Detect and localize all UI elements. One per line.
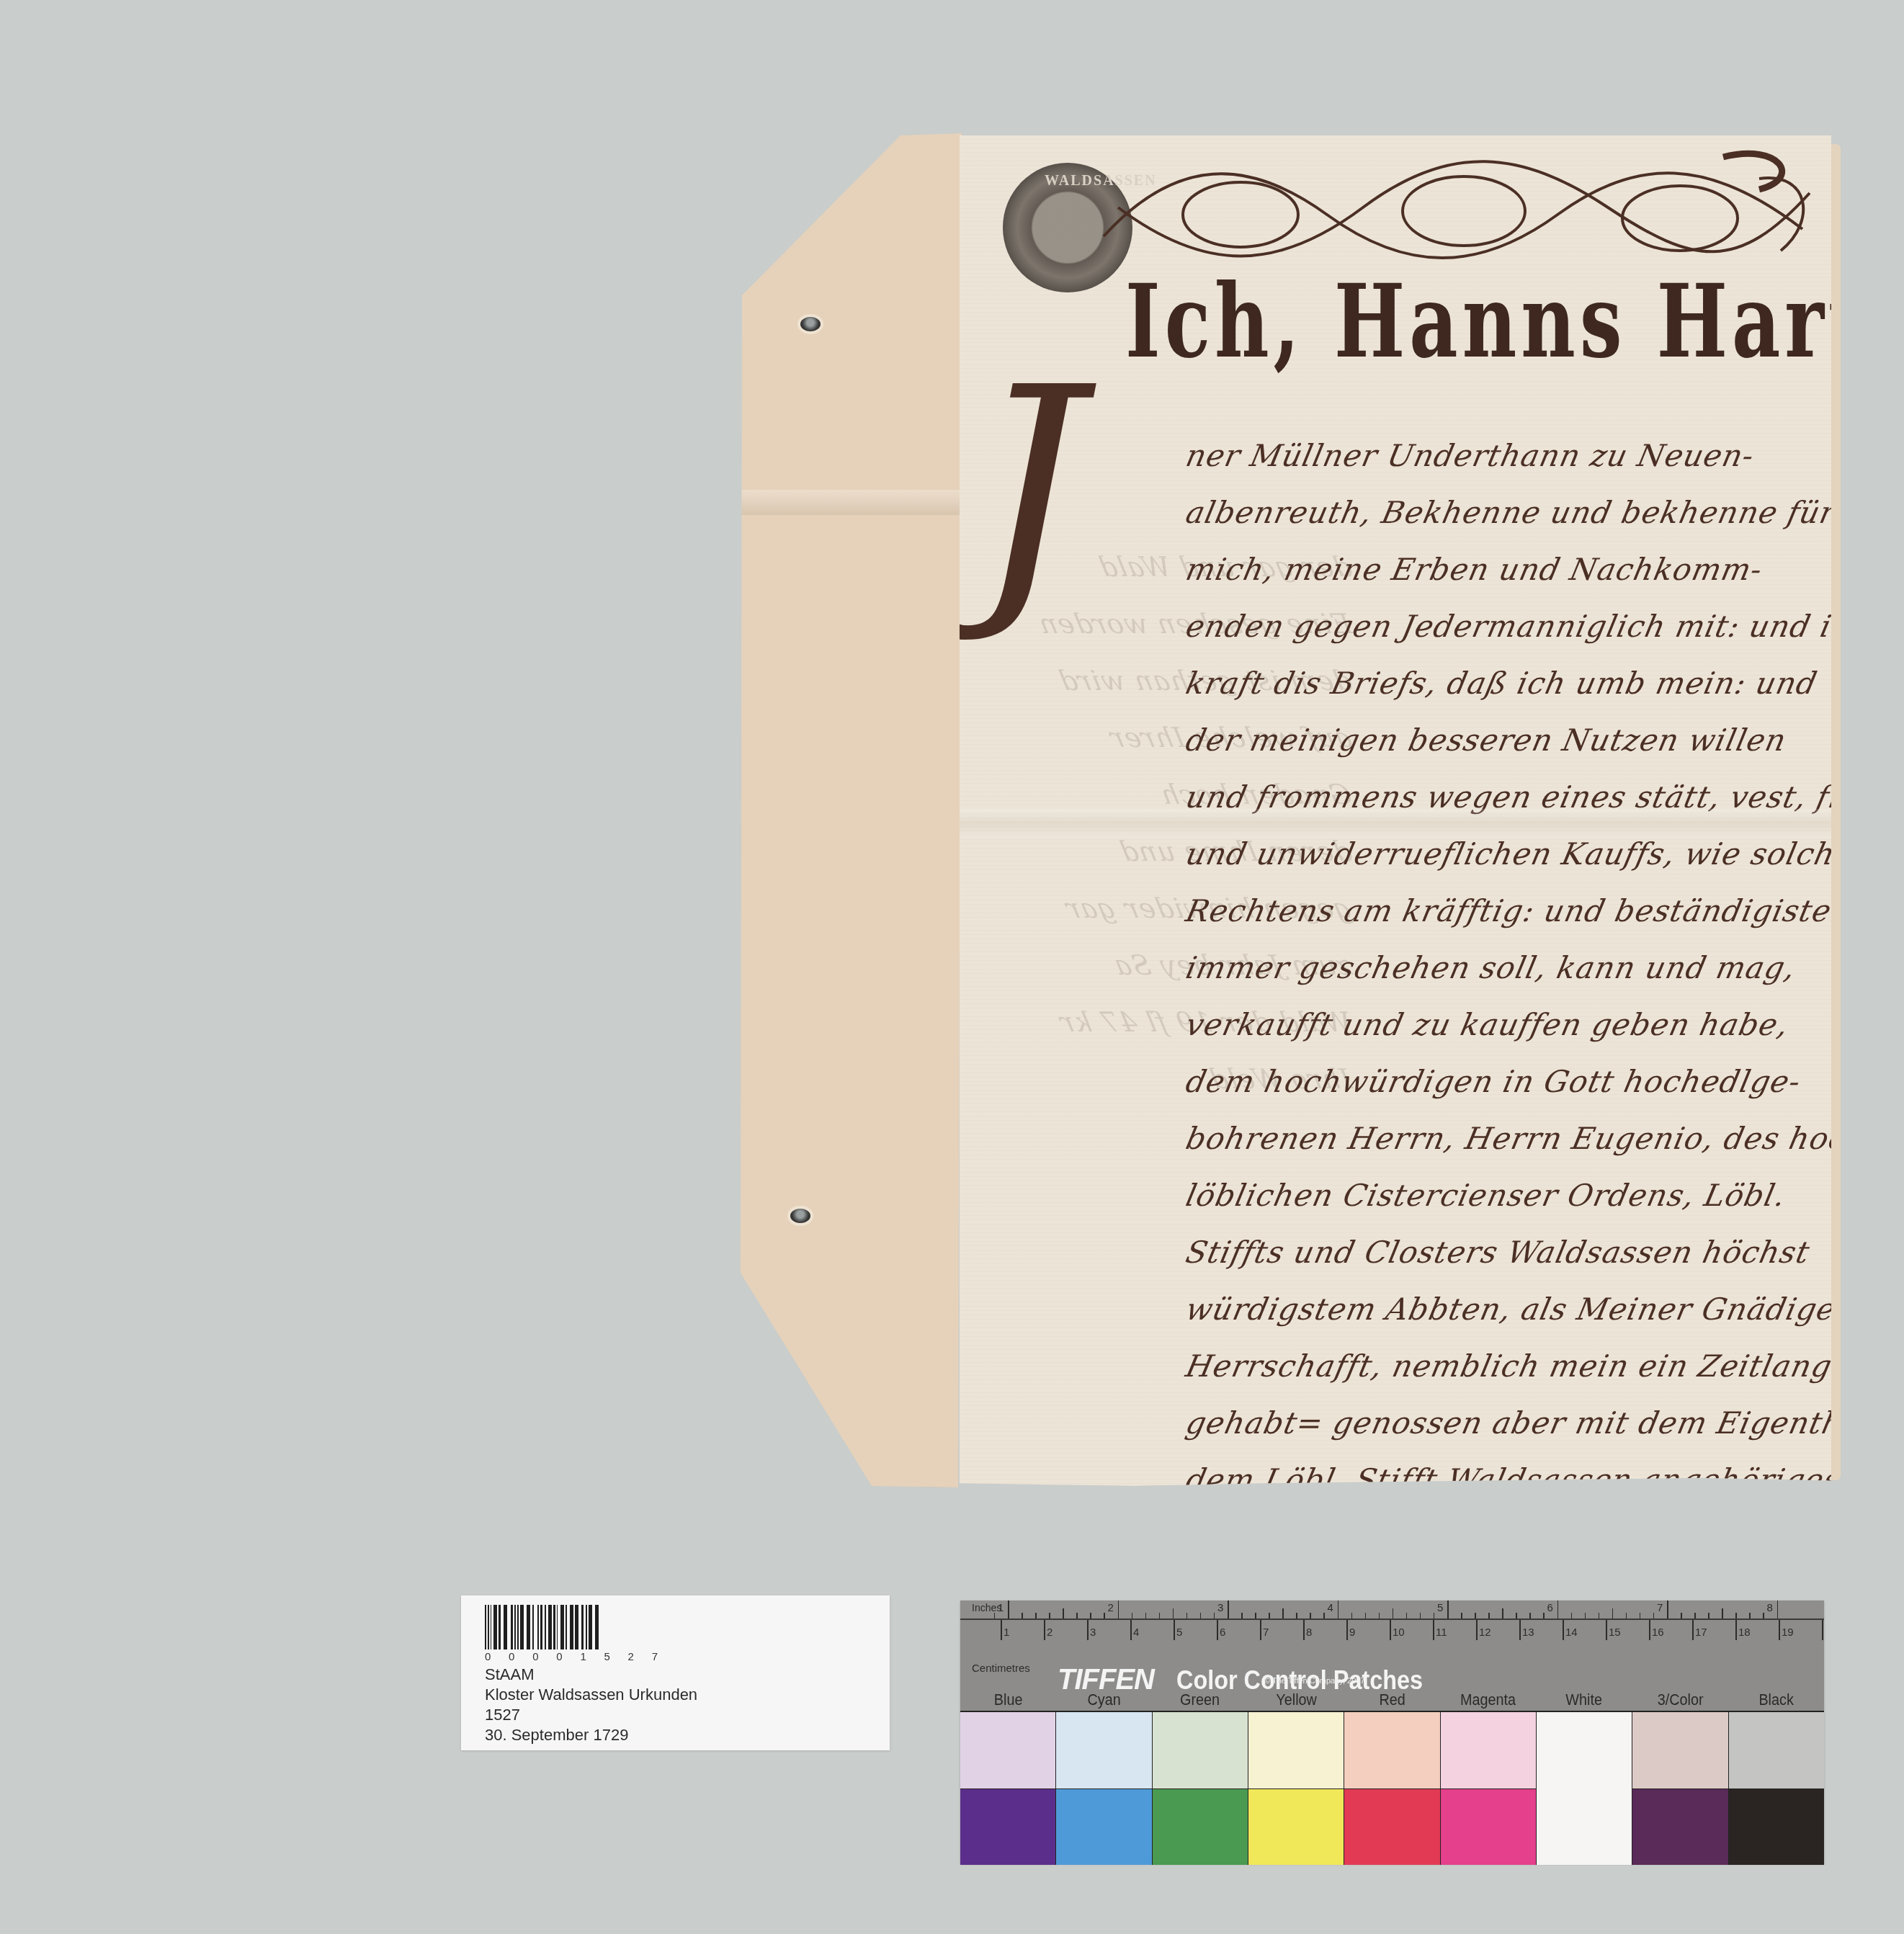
barcode-number: 00001527 xyxy=(485,1651,658,1663)
inch-tick xyxy=(1214,1613,1215,1619)
color-control-chart: Inches 123456781234567891011121314151617… xyxy=(960,1601,1824,1863)
document-number: 1527 xyxy=(485,1706,520,1724)
manuscript-line: Rechtens am kräfftig: und beständigisten xyxy=(1181,882,1831,939)
inch-tick xyxy=(1612,1608,1614,1619)
inch-tick xyxy=(994,1613,996,1619)
patch-light xyxy=(1537,1712,1632,1788)
barcode xyxy=(485,1605,658,1649)
cm-number: 17 xyxy=(1695,1626,1707,1639)
cm-tick xyxy=(1087,1620,1089,1640)
patch-column-black xyxy=(1728,1712,1824,1865)
cm-tick xyxy=(1649,1620,1650,1640)
cm-number: 18 xyxy=(1738,1626,1751,1639)
inch-tick xyxy=(1406,1613,1408,1619)
patch-dark xyxy=(1248,1789,1344,1866)
inch-tick xyxy=(1585,1613,1586,1619)
inch-tick xyxy=(1461,1613,1462,1619)
inch-tick xyxy=(1447,1601,1449,1619)
cm-number: 19 xyxy=(1782,1626,1794,1639)
archive-label: 00001527 StAAM Kloster Waldsassen Urkund… xyxy=(461,1595,890,1750)
patch-column-cyan xyxy=(1055,1712,1151,1865)
inch-number: 8 xyxy=(1767,1602,1773,1614)
cm-tick xyxy=(1519,1620,1521,1640)
patch-column-magenta xyxy=(1440,1712,1536,1865)
inch-tick xyxy=(1296,1613,1297,1619)
cm-tick xyxy=(1606,1620,1607,1640)
inch-tick xyxy=(1708,1613,1709,1619)
patch-label-green: Green xyxy=(1157,1691,1243,1711)
patch-light xyxy=(1729,1712,1824,1789)
cm-tick xyxy=(1433,1620,1434,1640)
cm-number: 12 xyxy=(1479,1626,1491,1639)
decorated-initial: J xyxy=(974,352,1083,625)
patch-column-red xyxy=(1344,1712,1439,1865)
cm-number: 5 xyxy=(1176,1626,1182,1639)
patch-label-3-color: 3/Color xyxy=(1637,1691,1723,1711)
inch-number: 7 xyxy=(1657,1602,1663,1614)
inch-tick xyxy=(1132,1613,1133,1619)
manuscript-line: verkaufft und zu kauffen geben habe, xyxy=(1181,996,1831,1053)
inch-tick xyxy=(1777,1601,1779,1619)
inch-tick xyxy=(1118,1601,1119,1619)
inch-tick xyxy=(1241,1613,1243,1619)
patch-column-green xyxy=(1152,1712,1248,1865)
cm-tick xyxy=(1044,1620,1045,1640)
cm-tick xyxy=(1476,1620,1478,1640)
cm-number: 2 xyxy=(1047,1626,1052,1639)
patch-label-blue: Blue xyxy=(965,1691,1052,1711)
patch-column-3-color xyxy=(1632,1712,1728,1865)
patch-label-magenta: Magenta xyxy=(1445,1691,1532,1711)
patch-light xyxy=(1632,1712,1728,1789)
barcode-gap xyxy=(599,1605,600,1649)
inch-number: 6 xyxy=(1547,1602,1553,1614)
manuscript-line: Stiffts und Closters Waldsassen höchst xyxy=(1181,1224,1831,1281)
inch-tick xyxy=(1049,1613,1050,1619)
inch-tick xyxy=(1571,1613,1573,1619)
manuscript-line: kraft dis Briefs, daß ich umb mein: und xyxy=(1181,655,1831,712)
manuscript-line: albenreuth, Bekhenne und bekhenne für xyxy=(1181,484,1831,541)
manuscript-line: mich, meine Erben und Nachkomm- xyxy=(1181,541,1831,598)
document-heading: Ich, Hanns Hartt xyxy=(1125,261,1831,381)
inch-number: 1 xyxy=(998,1602,1004,1614)
cm-tick xyxy=(1563,1620,1564,1640)
inch-tick xyxy=(1338,1601,1339,1619)
inch-tick xyxy=(1667,1601,1668,1619)
inch-tick xyxy=(1186,1613,1188,1619)
inch-tick xyxy=(1681,1613,1682,1619)
inch-tick xyxy=(1722,1608,1723,1619)
manuscript-line: und frommens wegen eines stätt, vest, fr… xyxy=(1181,769,1831,825)
cm-number: 15 xyxy=(1609,1626,1621,1639)
barcode-digit: 0 xyxy=(509,1651,514,1663)
patch-light xyxy=(1344,1712,1439,1789)
inch-tick xyxy=(1557,1601,1559,1619)
inch-tick xyxy=(1173,1608,1174,1619)
inch-tick xyxy=(1351,1613,1353,1619)
cm-number: 4 xyxy=(1133,1626,1139,1639)
patch-label-yellow: Yellow xyxy=(1253,1691,1339,1711)
inch-number: 4 xyxy=(1328,1602,1333,1614)
inch-tick xyxy=(1599,1613,1600,1619)
ruler-ticks: 1234567812345678910111213141516171819 xyxy=(960,1601,1824,1658)
cm-tick xyxy=(1130,1620,1132,1640)
inch-tick xyxy=(1076,1613,1078,1619)
cm-tick xyxy=(1779,1620,1780,1640)
inch-tick xyxy=(1626,1613,1627,1619)
patch-light xyxy=(1056,1712,1151,1789)
cm-number: 7 xyxy=(1263,1626,1269,1639)
manuscript-line: gehabt= genossen aber mit dem Eigenthumb xyxy=(1181,1394,1831,1451)
inch-tick xyxy=(1529,1613,1531,1619)
inch-tick xyxy=(1090,1613,1091,1619)
inch-tick xyxy=(1145,1613,1147,1619)
cm-tick xyxy=(1217,1620,1218,1640)
inch-number: 5 xyxy=(1437,1602,1443,1614)
centimetres-label: Centimetres xyxy=(972,1662,1030,1675)
cm-number: 9 xyxy=(1349,1626,1355,1639)
inch-tick xyxy=(1694,1613,1696,1619)
document-cover-flap xyxy=(738,133,962,1487)
cm-number: 14 xyxy=(1565,1626,1578,1639)
manuscript-body-text: ner Müllner Underthann zu Neuen-albenreu… xyxy=(1186,427,1831,1486)
patch-dark xyxy=(1153,1789,1248,1866)
collection-name: Kloster Waldsassen Urkunden xyxy=(485,1686,697,1704)
inch-tick xyxy=(1008,1601,1009,1619)
chart-copyright: © The Tiffen Company, 2007 xyxy=(1264,1677,1365,1685)
cm-tick xyxy=(1174,1620,1175,1640)
inch-tick xyxy=(1323,1613,1325,1619)
patch-label-black: Black xyxy=(1733,1691,1819,1711)
barcode-digit: 7 xyxy=(652,1651,658,1663)
inch-tick xyxy=(1022,1613,1023,1619)
manuscript-line: dem Löbl. Stifft Waldsassen angehöriges xyxy=(1181,1451,1831,1486)
cm-tick xyxy=(1001,1620,1002,1640)
punch-hole xyxy=(790,1209,810,1223)
patch-light xyxy=(1248,1712,1344,1789)
cm-tick xyxy=(1822,1620,1823,1640)
barcode-digit: 2 xyxy=(628,1651,634,1663)
punch-hole xyxy=(800,317,821,331)
patch-label-red: Red xyxy=(1349,1691,1436,1711)
inch-tick xyxy=(1640,1613,1641,1619)
inch-tick xyxy=(1365,1613,1367,1619)
inch-tick xyxy=(1502,1608,1503,1619)
patch-dark xyxy=(1537,1788,1632,1865)
document-date: 30. September 1729 xyxy=(485,1727,628,1744)
inch-tick xyxy=(1200,1613,1202,1619)
manuscript-line: dem hochwürdigen in Gott hochedlge- xyxy=(1181,1053,1831,1110)
patch-column-yellow xyxy=(1248,1712,1344,1865)
cm-number: 1 xyxy=(1004,1626,1009,1639)
inch-tick xyxy=(1035,1613,1037,1619)
inch-number: 3 xyxy=(1217,1602,1223,1614)
patch-label-white: White xyxy=(1541,1691,1627,1711)
inch-tick xyxy=(1475,1613,1476,1619)
patch-dark xyxy=(1632,1789,1728,1866)
patch-light xyxy=(1441,1712,1536,1789)
cm-number: 6 xyxy=(1220,1626,1225,1639)
patch-dark xyxy=(960,1789,1055,1866)
inch-tick xyxy=(1543,1613,1545,1619)
inch-tick xyxy=(1420,1613,1421,1619)
manuscript-line: der meinigen besseren Nutzen willen xyxy=(1181,712,1831,769)
cm-tick xyxy=(1260,1620,1261,1640)
manuscript-line: würdigstem Abbten, als Meiner Gnädigen xyxy=(1181,1281,1831,1338)
cm-tick xyxy=(1346,1620,1348,1640)
inch-tick xyxy=(1763,1613,1764,1619)
color-patches xyxy=(960,1711,1824,1865)
patch-label-cyan: Cyan xyxy=(1061,1691,1148,1711)
inch-tick xyxy=(1653,1613,1655,1619)
manuscript-page: der gar und WaldEine geschen wordendem i… xyxy=(960,135,1831,1486)
inch-tick xyxy=(1488,1613,1490,1619)
patch-dark xyxy=(1441,1789,1536,1866)
inch-tick xyxy=(1735,1613,1737,1619)
barcode-digit: 5 xyxy=(604,1651,609,1663)
patch-dark xyxy=(1729,1789,1824,1866)
inch-number: 2 xyxy=(1108,1602,1114,1614)
patch-dark xyxy=(1344,1789,1439,1866)
archive-name: StAAM xyxy=(485,1666,534,1683)
patch-column-white xyxy=(1536,1712,1632,1865)
cm-tick xyxy=(1390,1620,1391,1640)
inch-tick xyxy=(1255,1613,1256,1619)
patch-dark xyxy=(1056,1789,1151,1866)
inch-tick xyxy=(1104,1613,1105,1619)
cm-tick xyxy=(1303,1620,1305,1640)
patch-labels: BlueCyanGreenYellowRedMagentaWhite3/Colo… xyxy=(960,1691,1824,1711)
cm-number: 13 xyxy=(1522,1626,1534,1639)
manuscript-line: immer geschehen soll, kann und mag, xyxy=(1181,939,1831,996)
inch-tick xyxy=(1393,1608,1394,1619)
cm-tick xyxy=(1735,1620,1737,1640)
patch-column-blue xyxy=(960,1712,1055,1865)
barcode-digit: 0 xyxy=(532,1651,538,1663)
manuscript-line: enden gegen Jedermanniglich mit: und in xyxy=(1181,598,1831,655)
inch-tick xyxy=(1228,1601,1229,1619)
manuscript-line: ner Müllner Underthann zu Neuen- xyxy=(1181,427,1831,484)
cm-number: 11 xyxy=(1436,1626,1447,1639)
inch-tick xyxy=(1434,1613,1435,1619)
inch-tick xyxy=(1516,1613,1517,1619)
manuscript-line: bohrenen Herrn, Herrn Eugenio, des hoch- xyxy=(1181,1110,1831,1167)
patch-light xyxy=(960,1712,1055,1789)
inch-tick xyxy=(1749,1613,1751,1619)
barcode-digit: 0 xyxy=(556,1651,562,1663)
cm-tick xyxy=(1692,1620,1694,1640)
barcode-digit: 0 xyxy=(485,1651,491,1663)
inch-tick xyxy=(1310,1613,1311,1619)
cm-number: 3 xyxy=(1090,1626,1096,1639)
cm-number: 8 xyxy=(1306,1626,1312,1639)
inch-tick xyxy=(1282,1608,1284,1619)
manuscript-line: Herrschafft, nemblich mein ein Zeitlang … xyxy=(1181,1338,1831,1394)
inch-tick xyxy=(1159,1613,1161,1619)
patch-light xyxy=(1153,1712,1248,1789)
cm-number: 10 xyxy=(1393,1626,1405,1639)
inch-tick xyxy=(1379,1613,1380,1619)
barcode-digit: 1 xyxy=(580,1651,586,1663)
inch-tick xyxy=(1269,1613,1270,1619)
cm-number: 16 xyxy=(1652,1626,1664,1639)
manuscript-line: löblichen Cistercienser Ordens, Löbl. xyxy=(1181,1167,1831,1224)
manuscript-line: und unwiderrueflichen Kauffs, wie solche… xyxy=(1181,825,1831,882)
inch-tick xyxy=(1063,1608,1064,1619)
